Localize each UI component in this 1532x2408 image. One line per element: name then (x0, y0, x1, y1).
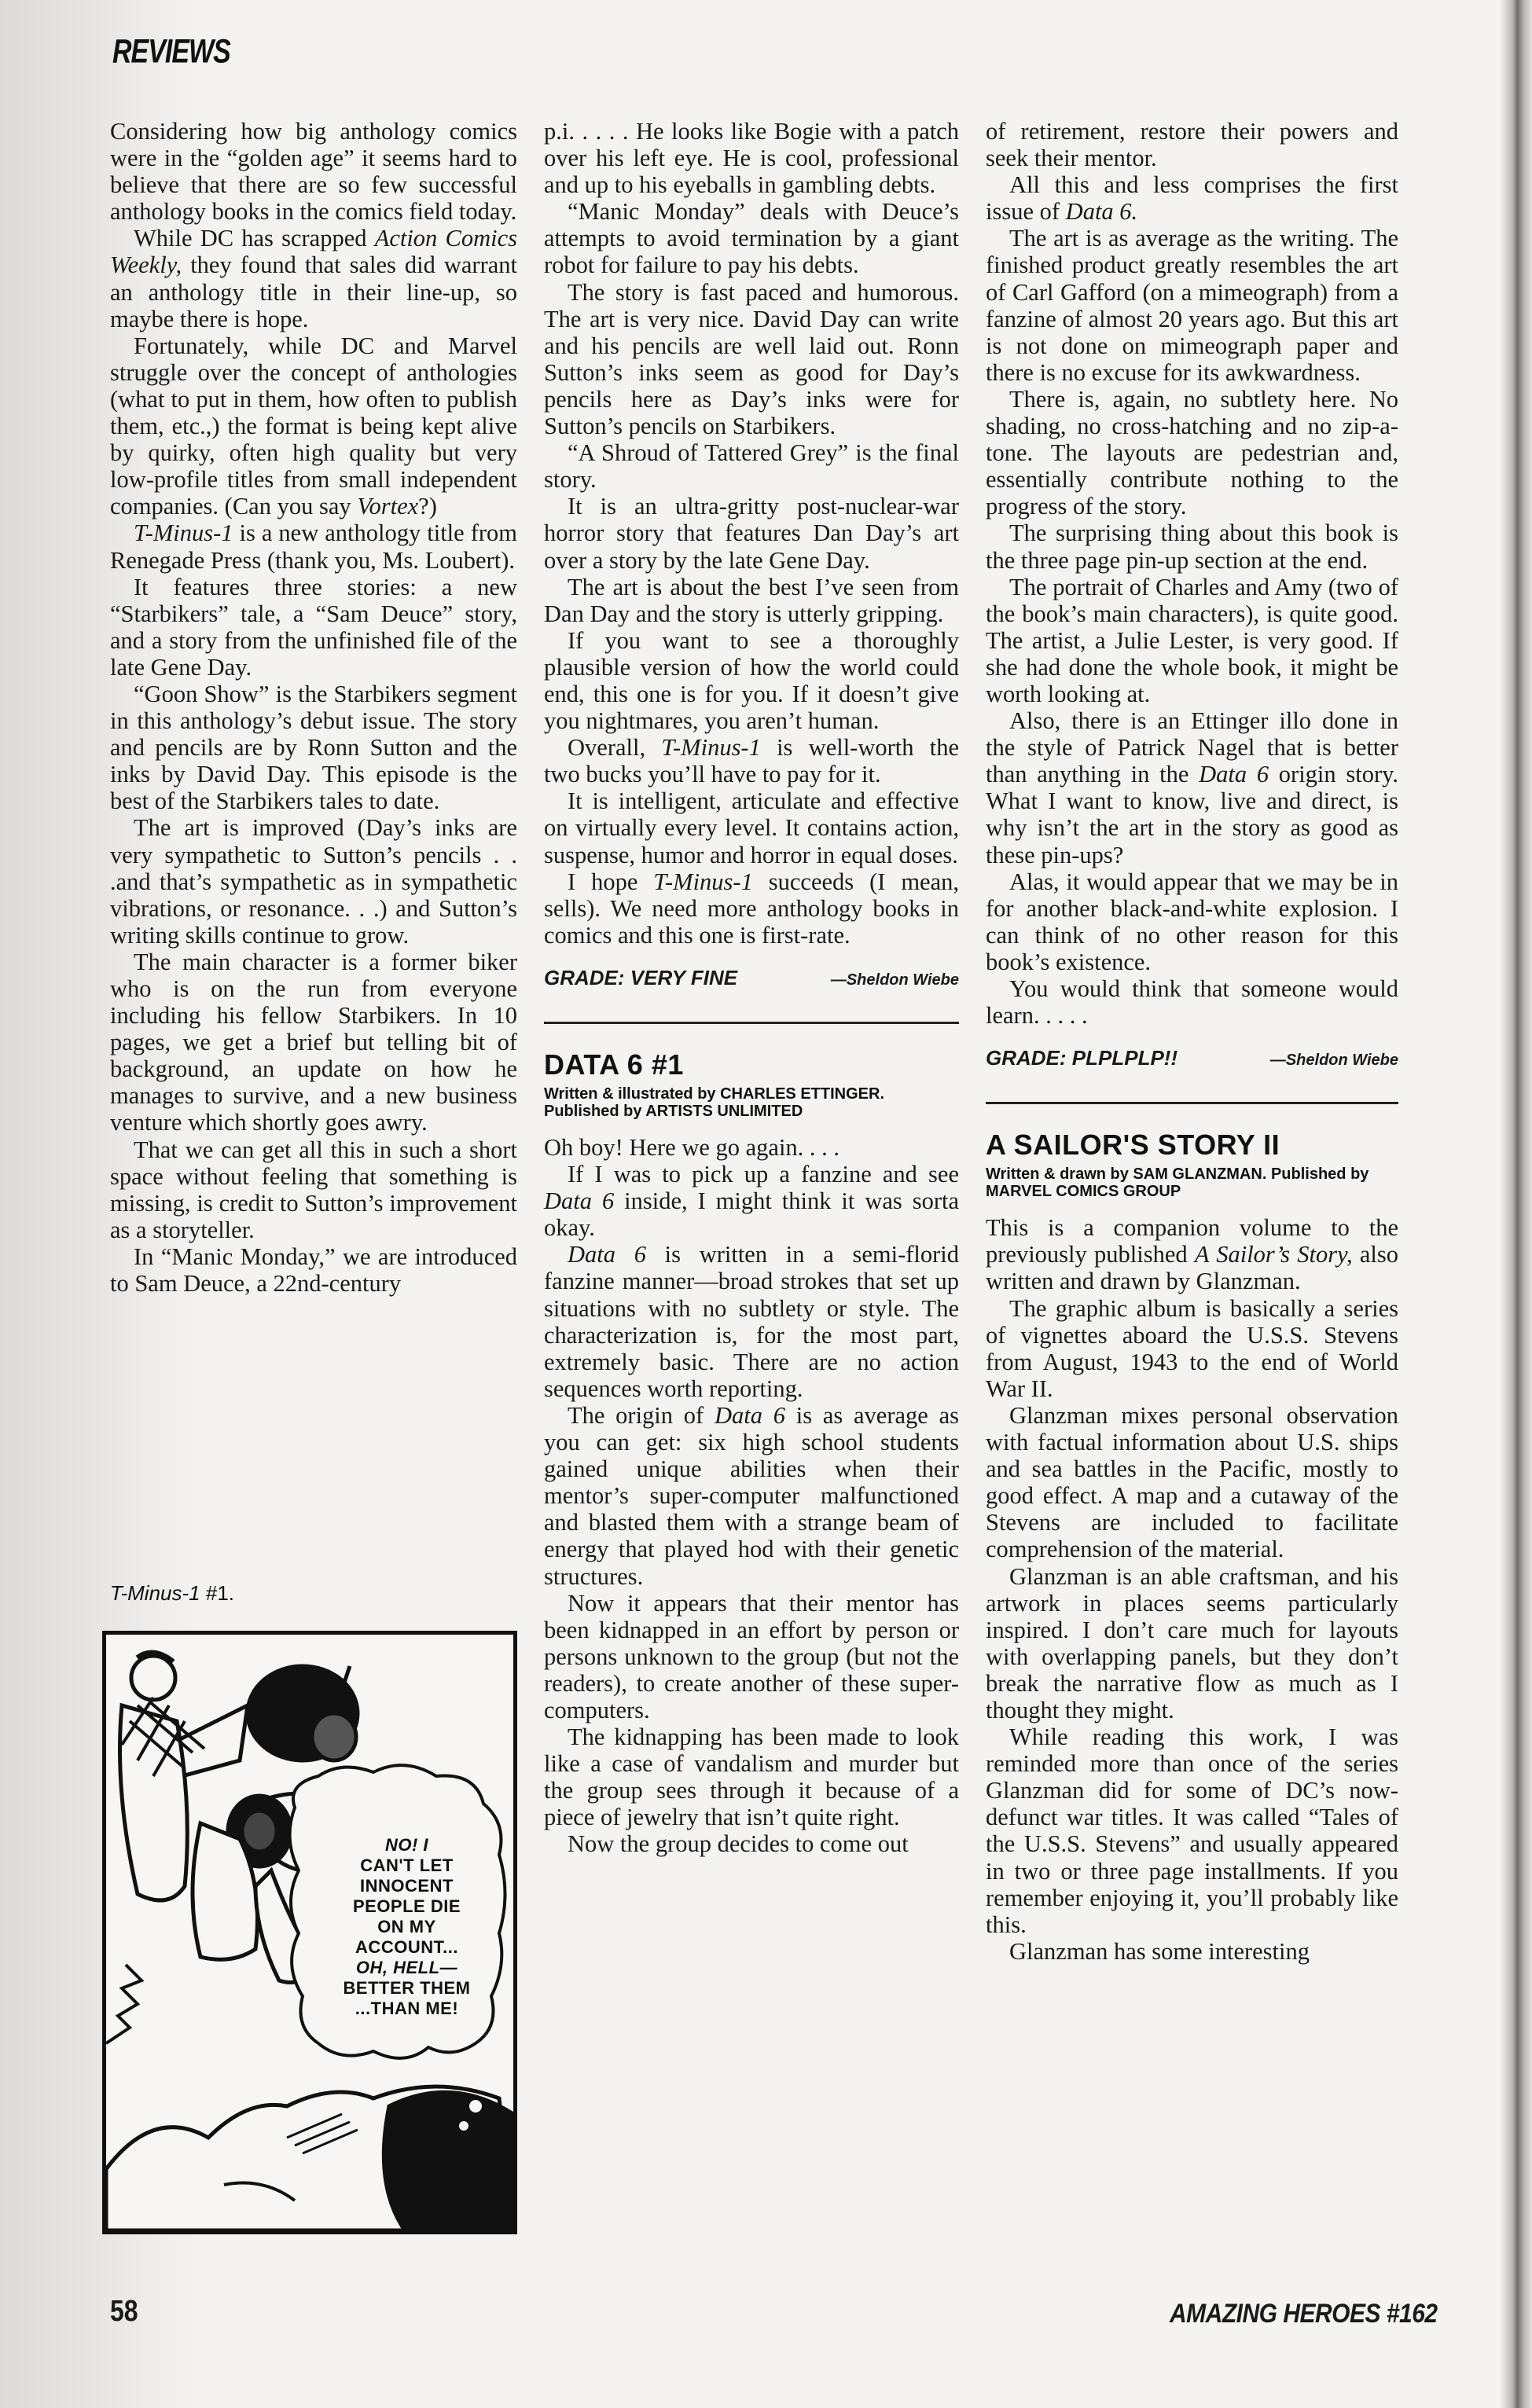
caption-issue: #1. (206, 1581, 234, 1605)
paragraph: If I was to pick up a fanzine and see Da… (544, 1161, 959, 1241)
balloon-line: CAN'T LET (318, 1856, 495, 1876)
paragraph: The main character is a former biker who… (110, 949, 517, 1136)
paragraph: All this and less comprises the first is… (986, 171, 1398, 225)
publication-footer: AMAZING HEROES #162 (1170, 2299, 1438, 2329)
reviewer-byline: —Sheldon Wiebe (831, 967, 959, 993)
paragraph: The kidnapping has been made to look lik… (544, 1723, 959, 1830)
review-title: DATA 6 #1 (544, 1049, 959, 1081)
paragraph: Overall, T-Minus-1 is well-worth the two… (544, 734, 959, 787)
balloon-line: INNOCENT (318, 1876, 495, 1896)
column-right: of retirement, restore their powers and … (986, 118, 1398, 1965)
paragraph: The story is fast paced and humorous. Th… (544, 279, 959, 440)
paragraph: Fortunately, while DC and Marvel struggl… (110, 332, 517, 520)
figure-caption: T-Minus-1 #1. (110, 1581, 234, 1606)
column-middle: p.i. . . . . He looks like Bogie with a … (544, 118, 959, 1858)
paragraph: In “Manic Monday,” we are introduced to … (110, 1243, 517, 1297)
balloon-line: ON MY (318, 1917, 495, 1937)
paragraph: The art is about the best I’ve seen from… (544, 574, 959, 627)
paragraph: This is a companion volume to the previo… (986, 1214, 1398, 1294)
paragraph: Glanzman is an able craftsman, and his a… (986, 1563, 1398, 1724)
section-header: REVIEWS (112, 33, 230, 72)
paragraph: It is intelligent, articulate and effect… (544, 787, 959, 868)
paragraph: The art is as average as the writing. Th… (986, 225, 1398, 386)
paragraph: Glanzman mixes personal observation with… (986, 1402, 1398, 1563)
paragraph: It is an ultra-gritty post-nuclear-war h… (544, 493, 959, 573)
paragraph: While DC has scrapped Action Comics Week… (110, 225, 517, 332)
grade: GRADE: PLPLPLP!! (986, 1044, 1177, 1071)
paragraph: You would think that someone would learn… (986, 975, 1398, 1029)
paragraph: of retirement, restore their powers and … (986, 118, 1398, 171)
paragraph: That we can get all this in such a short… (110, 1136, 517, 1243)
paragraph: While reading this work, I was reminded … (986, 1723, 1398, 1938)
grade-line: GRADE: PLPLPLP!! —Sheldon Wiebe (986, 1044, 1398, 1074)
balloon-line: PEOPLE DIE (318, 1896, 495, 1917)
reviewer-byline: —Sheldon Wiebe (1270, 1047, 1398, 1074)
paragraph: Now the group decides to come out (544, 1830, 959, 1857)
paragraph: I hope T-Minus-1 succeeds (I mean, sells… (544, 868, 959, 949)
paragraph: The art is improved (Day’s inks are very… (110, 814, 517, 948)
balloon-line: OH, HELL— (318, 1958, 495, 1978)
review-credits: Written & drawn by SAM GLANZMAN. Publish… (986, 1165, 1398, 1200)
speech-balloon: NO! I CAN'T LET INNOCENT PEOPLE DIE ON M… (318, 1835, 495, 2019)
review-divider (986, 1102, 1398, 1104)
paragraph: The origin of Data 6 is as average as yo… (544, 1402, 959, 1590)
balloon-line: ...THAN ME! (318, 1999, 495, 2019)
balloon-line: ACCOUNT... (318, 1937, 495, 1958)
paragraph: It features three stories: a new “Starbi… (110, 574, 517, 681)
paragraph: Alas, it would appear that we may be in … (986, 868, 1398, 975)
balloon-line: NO! I (318, 1835, 495, 1856)
paragraph: “A Shroud of Tattered Grey” is the final… (544, 439, 959, 493)
paragraph: Oh boy! Here we go again. . . . (544, 1134, 959, 1161)
paragraph: Also, there is an Ettinger illo done in … (986, 707, 1398, 868)
paragraph: The portrait of Charles and Amy (two of … (986, 574, 1398, 707)
paragraph: Glanzman has some interesting (986, 1938, 1398, 1965)
paragraph: There is, again, no subtlety here. No sh… (986, 386, 1398, 519)
paragraph: “Goon Show” is the Starbikers segment in… (110, 681, 517, 814)
comic-panel-illustration: NO! I CAN'T LET INNOCENT PEOPLE DIE ON M… (102, 1631, 517, 2234)
paragraph: Now it appears that their mentor has bee… (544, 1590, 959, 1723)
review-title: A SAILOR'S STORY II (986, 1129, 1398, 1161)
paragraph: p.i. . . . . He looks like Bogie with a … (544, 118, 959, 198)
balloon-line: BETTER THEM (318, 1978, 495, 1999)
review-divider (544, 1022, 959, 1024)
paragraph: T-Minus-1 is a new anthology title from … (110, 519, 517, 573)
binding-gutter-shadow (1500, 0, 1532, 2408)
paragraph: If you want to see a thoroughly plausibl… (544, 627, 959, 734)
grade-line: GRADE: VERY FINE —Sheldon Wiebe (544, 964, 959, 993)
paragraph: Data 6 is written in a semi-florid fanzi… (544, 1241, 959, 1402)
paragraph: “Manic Monday” deals with Deuce’s attemp… (544, 198, 959, 278)
paragraph: The surprising thing about this book is … (986, 519, 1398, 573)
paragraph: Considering how big anthology comics wer… (110, 118, 517, 225)
page-number: 58 (110, 2293, 138, 2328)
grade: GRADE: VERY FINE (544, 964, 737, 991)
review-credits: Written & illustrated by CHARLES ETTINGE… (544, 1085, 959, 1120)
paragraph: The graphic album is basically a series … (986, 1295, 1398, 1402)
caption-title: T-Minus-1 (110, 1581, 200, 1605)
column-left: Considering how big anthology comics wer… (110, 118, 517, 1297)
